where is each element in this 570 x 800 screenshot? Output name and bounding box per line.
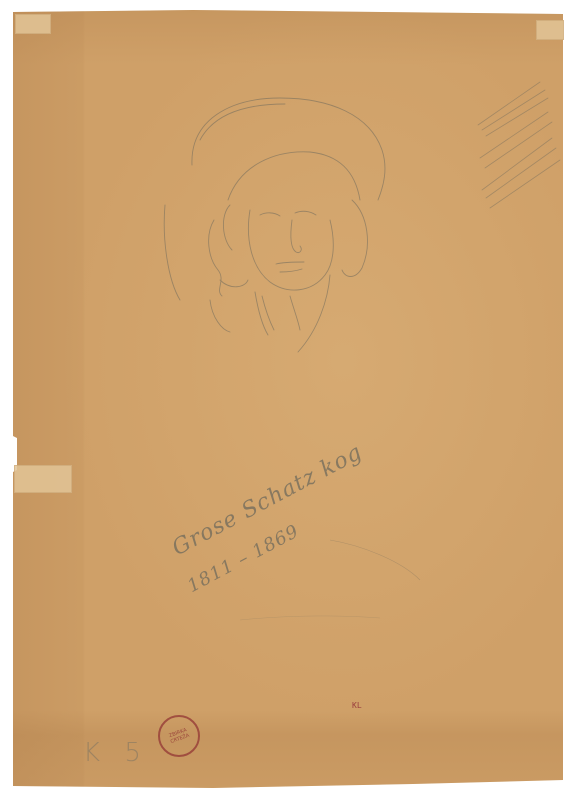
collection-stamp: ZBIRKA CRTEŽA: [158, 715, 200, 757]
signature-inscription: Grose Schatz kog 1811 – 1869: [180, 478, 380, 598]
portrait-sketch: [0, 0, 570, 800]
shelfmark-label: K 5: [83, 738, 149, 768]
stamp-text: ZBIRKA CRTEŽA: [159, 724, 199, 748]
hatching-marks: [478, 82, 560, 208]
initials-mark: KL: [352, 701, 362, 710]
